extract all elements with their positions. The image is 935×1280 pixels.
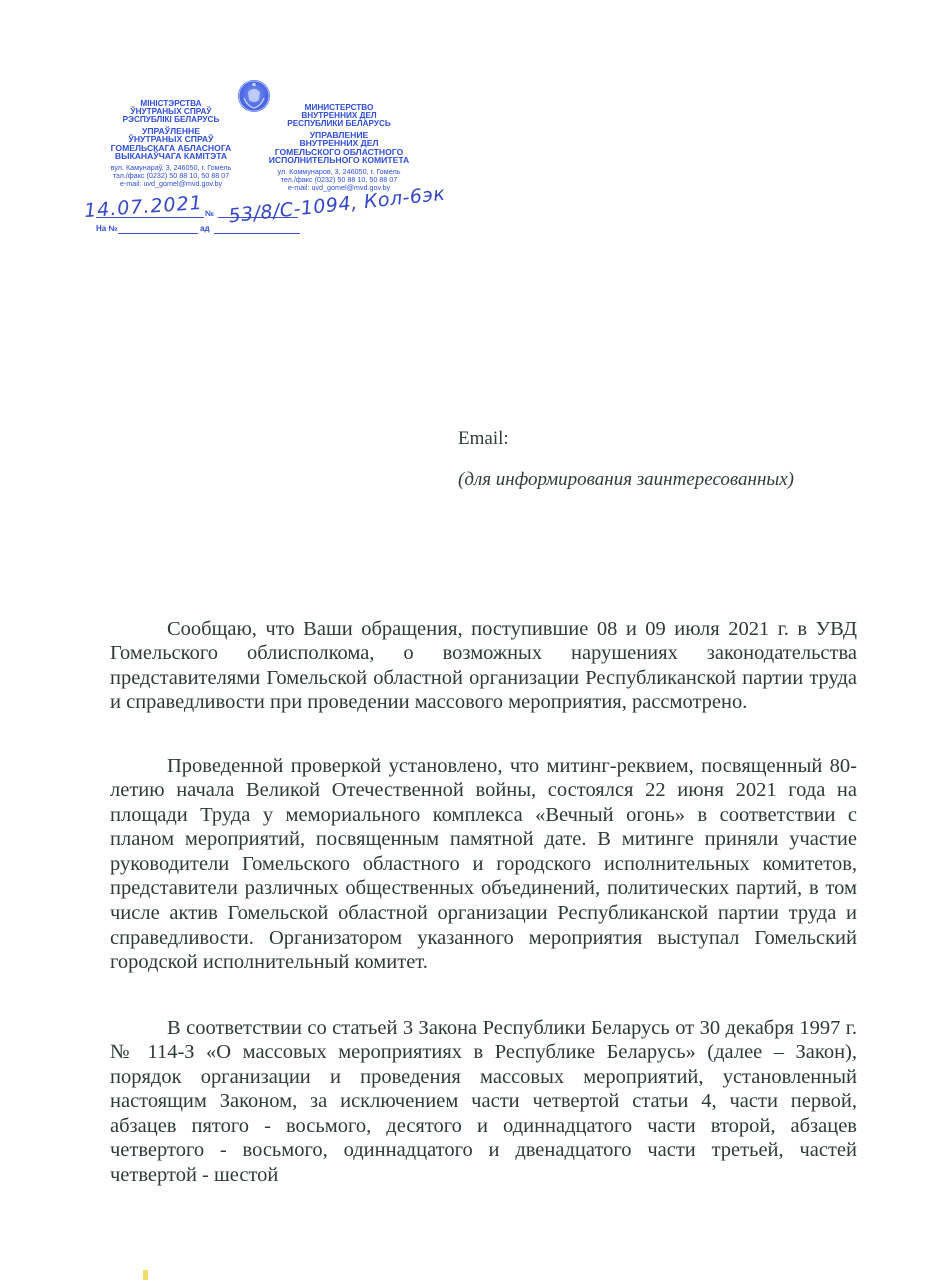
letterhead-phone: тэл./факс (0232) 50 88 10, 50 88 07 [86, 172, 256, 179]
letterhead-belarusian: МІНІСТЭРСТВА ЎНУТРАНЫХ СПРАЎ РЭСПУБЛІКІ … [86, 100, 256, 188]
letterhead-line: ВЫКАНАЎЧАГА КАМІТЭТА [86, 152, 256, 161]
letterhead-russian: МИНИСТЕРСТВО ВНУТРЕННИХ ДЕЛ РЕСПУБЛИКИ Б… [258, 104, 420, 192]
from-date-underline [214, 233, 300, 234]
scan-artifact [143, 1270, 148, 1280]
number-label: № [205, 209, 214, 218]
letterhead-line: РЕСПУБЛИКИ БЕЛАРУСЬ [258, 120, 420, 128]
reply-number-label: На № [96, 224, 117, 233]
letterhead-address: вул. Камунараў, 3, 246050, г. Гомель [86, 164, 256, 171]
reply-number-underline [118, 233, 198, 234]
body-paragraph: Сообщаю, что Ваши обращения, поступившие… [110, 617, 857, 715]
letterhead-line: РЭСПУБЛІКІ БЕЛАРУСЬ [86, 116, 256, 124]
from-date-label: ад [200, 224, 210, 233]
body-paragraph: Проведенной проверкой установлено, что м… [110, 754, 857, 975]
letterhead-email: e-mail: uvd_gomel@mvd.gov.by [86, 180, 256, 187]
recipient-note: (для информирования заинтересованных) [458, 469, 794, 491]
letterhead-address: ул. Коммунаров, 3, 246050, г. Гомель [258, 168, 420, 175]
letterhead-line: ИСПОЛНИТЕЛЬНОГО КОМИТЕТА [258, 156, 420, 165]
recipient-email-label: Email: [458, 428, 509, 450]
letterhead-phone: тел./факс (0232) 50 88 10, 50 88 07 [258, 176, 420, 183]
body-paragraph: В соответствии со статьей 3 Закона Респу… [110, 1016, 857, 1188]
